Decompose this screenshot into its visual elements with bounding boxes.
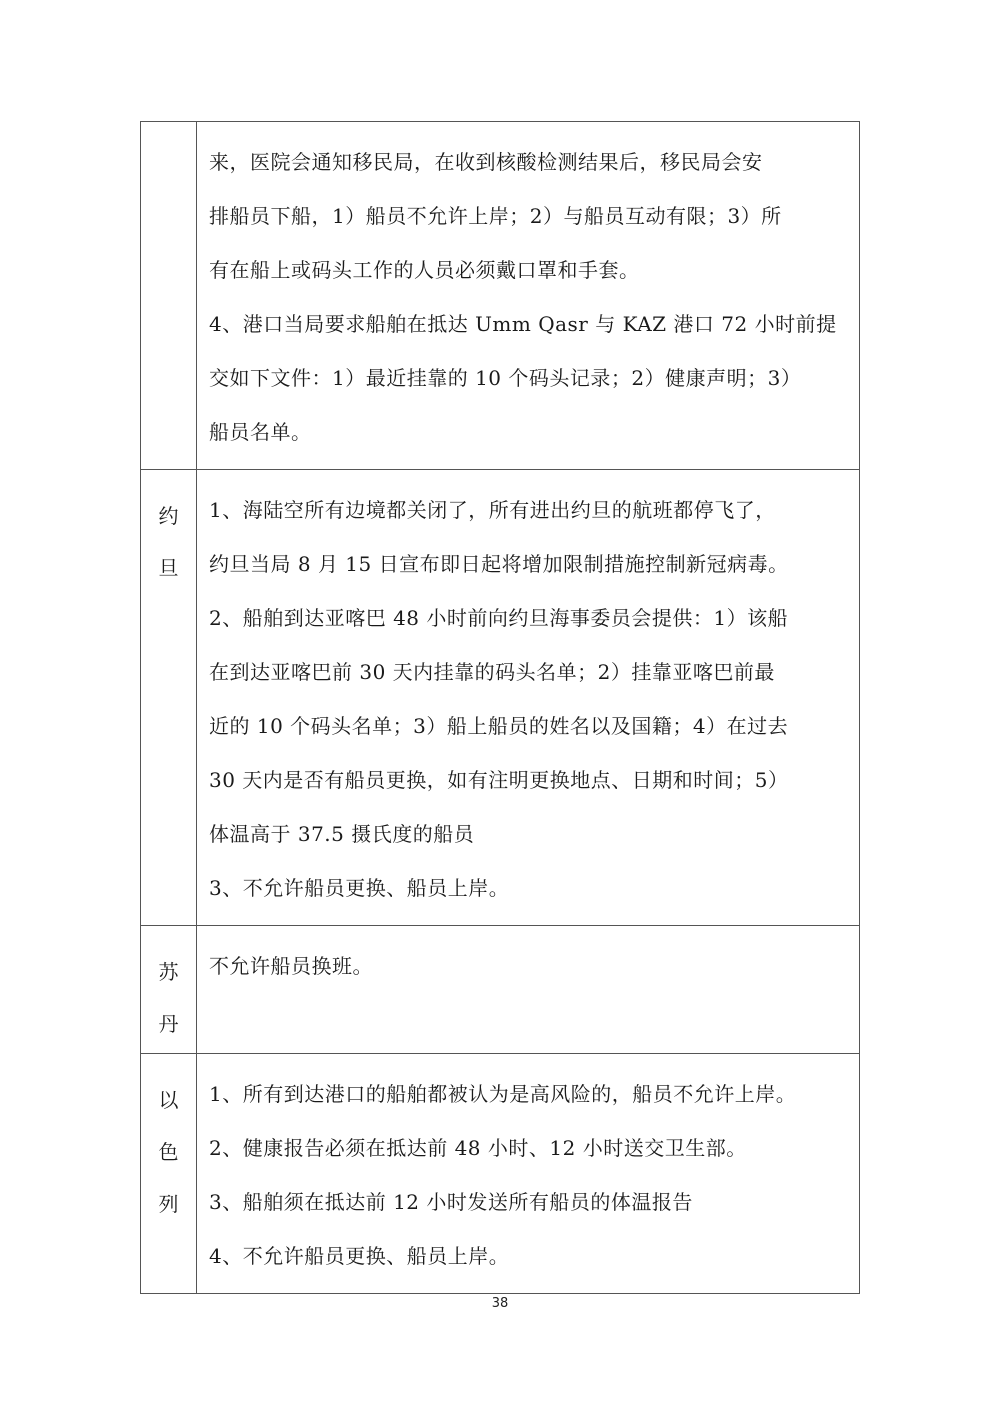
country-cell: 约 旦 — [141, 470, 197, 926]
content-line: 30 天内是否有船员更换，如有注明更换地点、日期和时间；5） — [209, 753, 847, 807]
content-line: 3、船舶须在抵达前 12 小时发送所有船员的体温报告 — [209, 1175, 847, 1229]
table-row-sudan: 苏 丹 不允许船员换班。 — [141, 926, 860, 1054]
content-line: 1、海陆空所有边境都关闭了，所有进出约旦的航班都停飞了， — [209, 483, 847, 537]
content-line: 近的 10 个码头名单；3）船上船员的姓名以及国籍；4）在过去 — [209, 699, 847, 753]
country-cell: 以 色 列 — [141, 1054, 197, 1294]
content-cell: 来，医院会通知移民局，在收到核酸检测结果后，移民局会安 排船员下船，1）船员不允… — [197, 122, 860, 470]
table-row-iraq-continued: 来，医院会通知移民局，在收到核酸检测结果后，移民局会安 排船员下船，1）船员不允… — [141, 122, 860, 470]
country-name: 约 旦 — [141, 470, 196, 594]
content-cell: 1、所有到达港口的船舶都被认为是高风险的，船员不允许上岸。 2、健康报告必须在抵… — [197, 1054, 860, 1294]
content-line: 1、所有到达港口的船舶都被认为是高风险的，船员不允许上岸。 — [209, 1067, 847, 1121]
content-line: 在到达亚喀巴前 30 天内挂靠的码头名单；2）挂靠亚喀巴前最 — [209, 645, 847, 699]
page-number: 38 — [0, 1296, 1000, 1311]
content-cell: 不允许船员换班。 — [197, 926, 860, 1054]
country-cell — [141, 122, 197, 470]
regulations-table: 来，医院会通知移民局，在收到核酸检测结果后，移民局会安 排船员下船，1）船员不允… — [140, 121, 860, 1294]
content-line: 4、不允许船员更换、船员上岸。 — [209, 1229, 847, 1283]
country-name — [141, 122, 196, 142]
table-row-israel: 以 色 列 1、所有到达港口的船舶都被认为是高风险的，船员不允许上岸。 2、健康… — [141, 1054, 860, 1294]
content-line: 3、不允许船员更换、船员上岸。 — [209, 861, 847, 915]
table-row-jordan: 约 旦 1、海陆空所有边境都关闭了，所有进出约旦的航班都停飞了， 约旦当局 8 … — [141, 470, 860, 926]
content-line: 2、健康报告必须在抵达前 48 小时、12 小时送交卫生部。 — [209, 1121, 847, 1175]
content-line: 排船员下船，1）船员不允许上岸；2）与船员互动有限；3）所 — [209, 189, 847, 243]
content-line: 不允许船员换班。 — [209, 939, 847, 993]
content-line: 船员名单。 — [209, 405, 847, 459]
content-cell: 1、海陆空所有边境都关闭了，所有进出约旦的航班都停飞了， 约旦当局 8 月 15… — [197, 470, 860, 926]
content-line: 4、港口当局要求船舶在抵达 Umm Qasr 与 KAZ 港口 72 小时前提 — [209, 297, 847, 351]
content-line: 约旦当局 8 月 15 日宣布即日起将增加限制措施控制新冠病毒。 — [209, 537, 847, 591]
content-line: 有在船上或码头工作的人员必须戴口罩和手套。 — [209, 243, 847, 297]
content-line: 2、船舶到达亚喀巴 48 小时前向约旦海事委员会提供：1）该船 — [209, 591, 847, 645]
country-name: 苏 丹 — [141, 926, 196, 1050]
content-line: 体温高于 37.5 摄氏度的船员 — [209, 807, 847, 861]
content-line: 交如下文件：1）最近挂靠的 10 个码头记录；2）健康声明；3） — [209, 351, 847, 405]
country-cell: 苏 丹 — [141, 926, 197, 1054]
country-name: 以 色 列 — [141, 1054, 196, 1230]
content-line: 来，医院会通知移民局，在收到核酸检测结果后，移民局会安 — [209, 135, 847, 189]
